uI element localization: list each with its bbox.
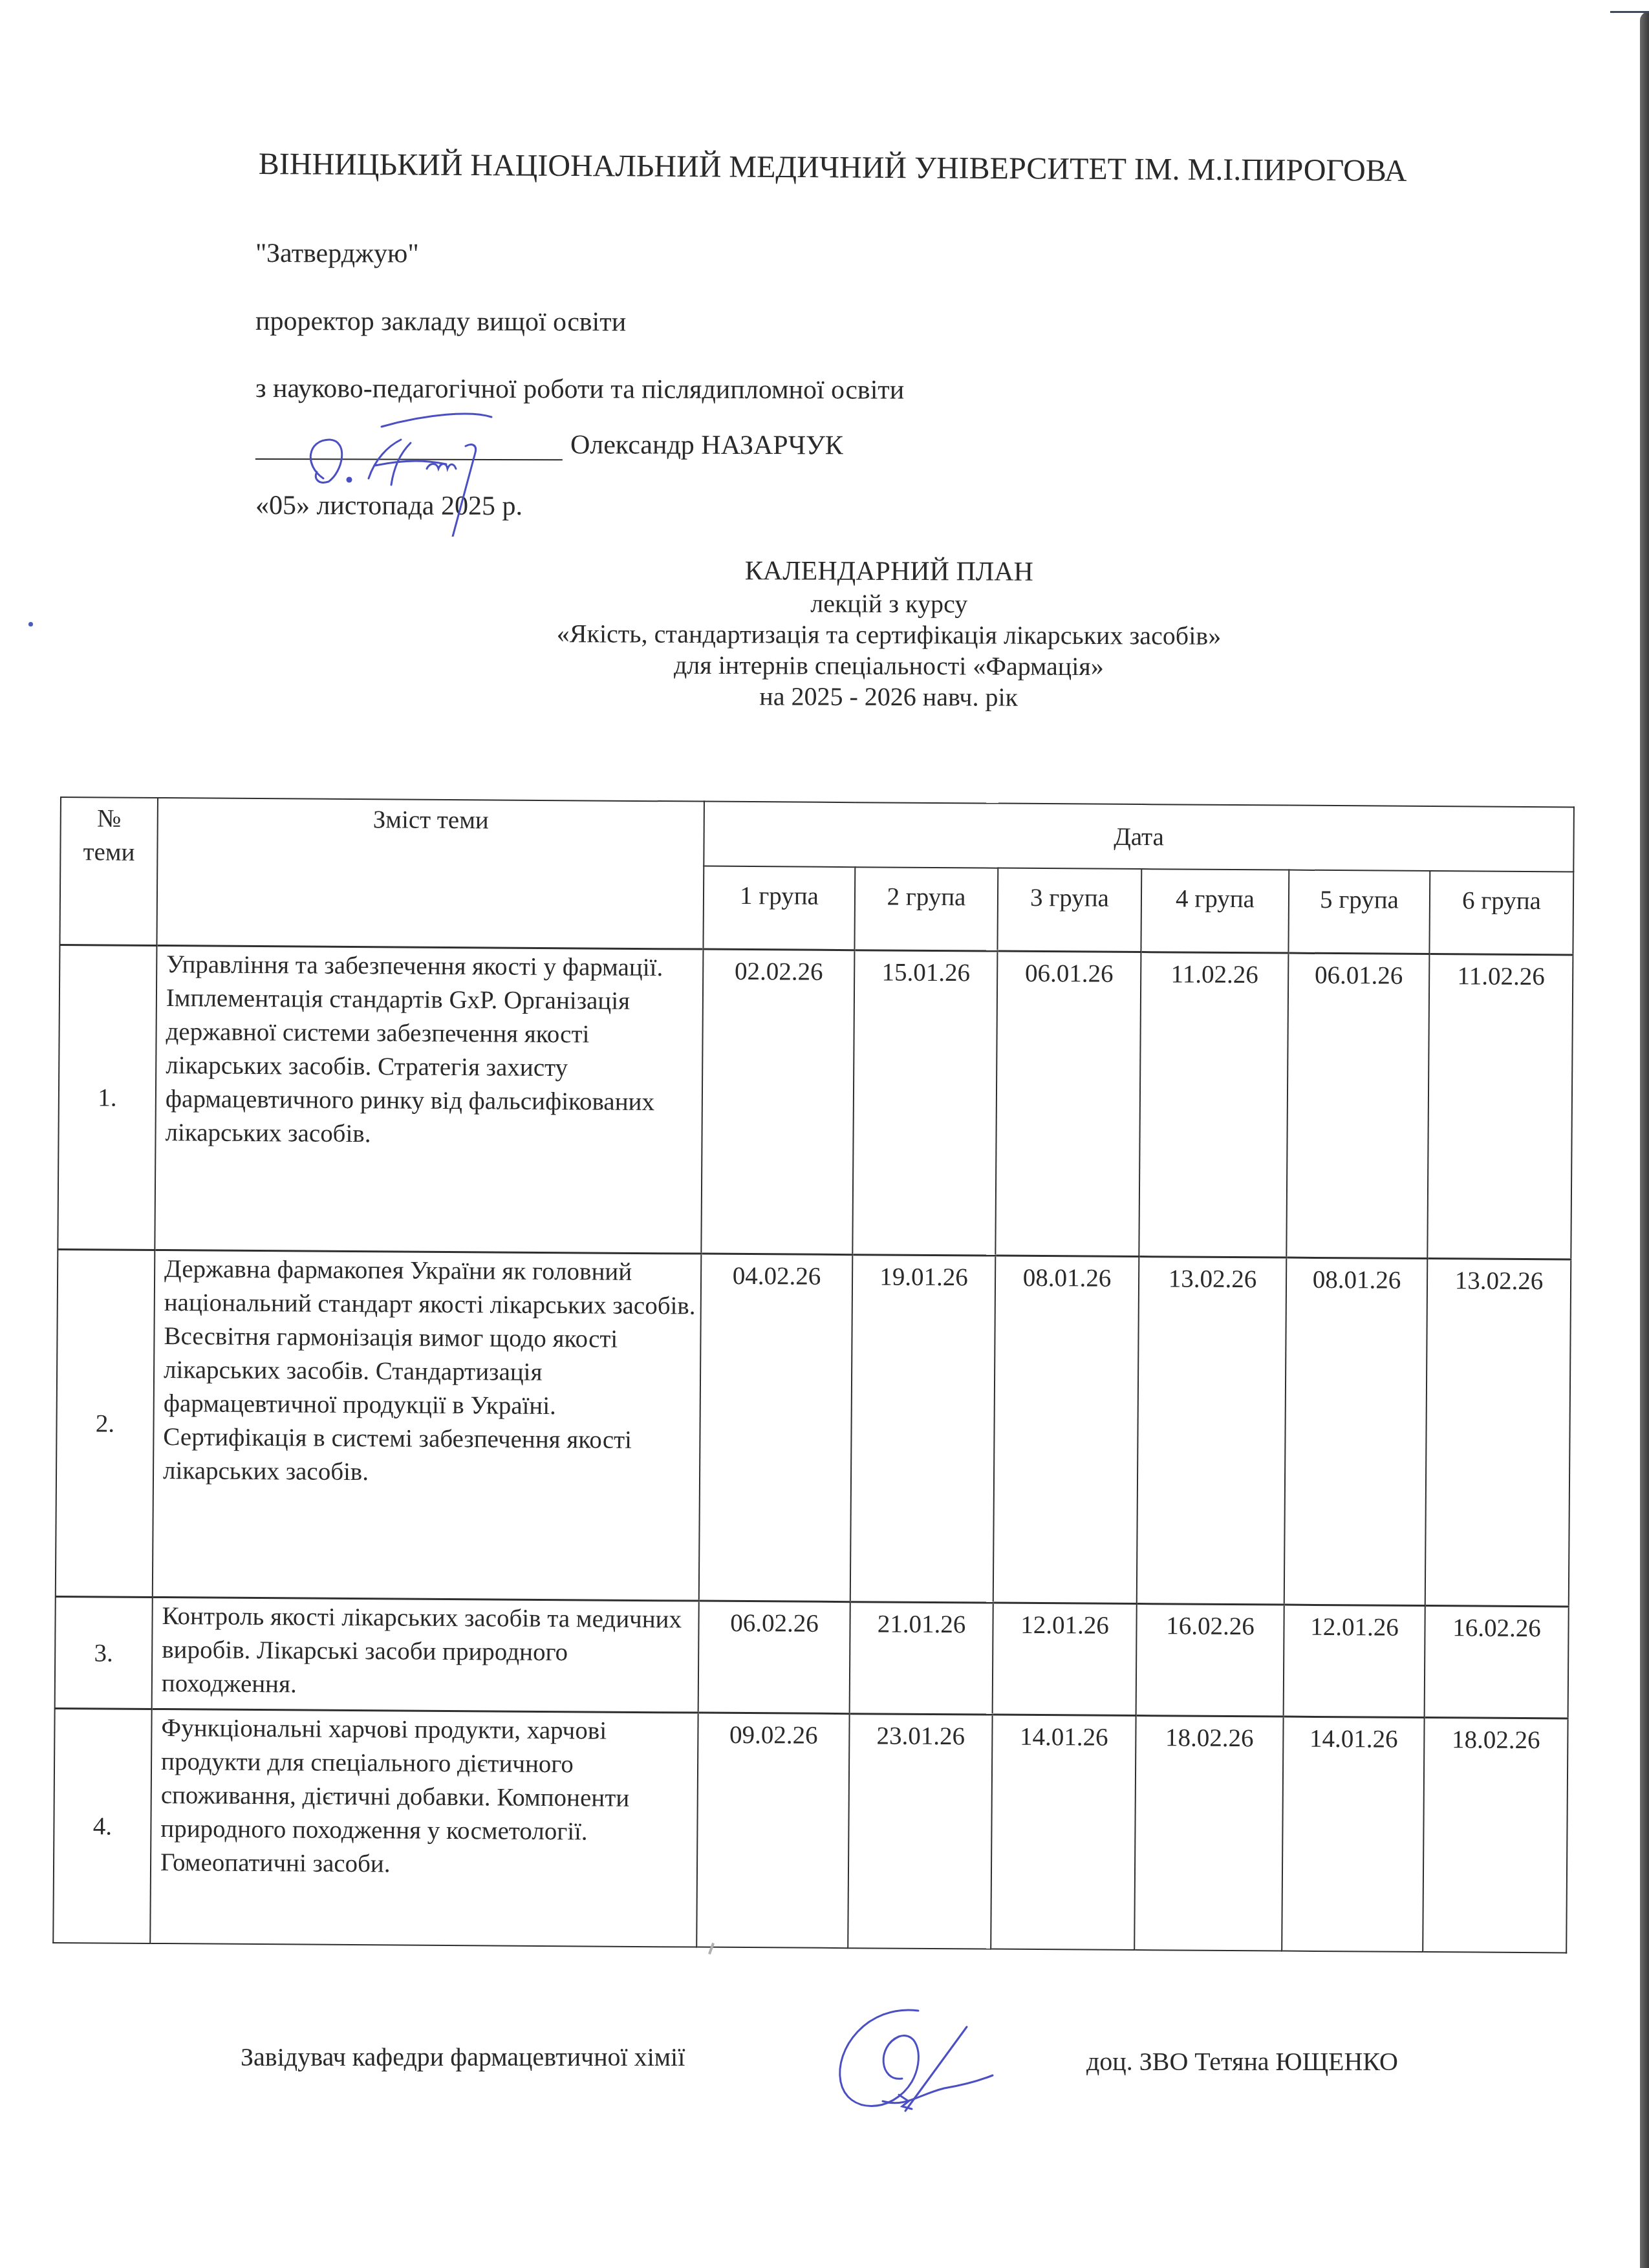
topic-content: Контроль якості лікарських засобів та ме… [152,1597,699,1713]
table-row: 3. Контроль якості лікарських засобів та… [55,1596,1569,1718]
approver-position-line1: проректор закладу вищої освіти [255,306,626,338]
head-of-department-position: Завідувач кафедри фармацевтичної хімії [241,2042,685,2072]
column-header-date: Дата [704,802,1574,872]
approver-name: Олександр НАЗАРЧУК [570,430,843,460]
date-group-1: 06.02.26 [698,1601,850,1714]
date-group-6: 11.02.26 [1427,954,1573,1259]
date-group-4: 16.02.26 [1136,1604,1284,1717]
date-group-4: 11.02.26 [1139,952,1288,1258]
date-group-4: 13.02.26 [1137,1257,1287,1605]
column-header-topic-number-line1: № [61,802,157,836]
date-group-3: 14.01.26 [991,1715,1136,1950]
date-group-2: 21.01.26 [850,1602,993,1715]
academic-year: на 2025 - 2026 навч. рік [452,680,1325,714]
table-row: 4. Функціональні харчові продукти, харчо… [53,1708,1568,1952]
audience: для інтернів спеціальності «Фармація» [452,649,1325,683]
scanner-edge [1640,12,1649,2268]
topic-content: Управління та забезпечення якості у фарм… [155,945,703,1254]
head-of-department-signature-icon [821,1998,1048,2121]
date-group-6: 18.02.26 [1423,1718,1568,1953]
topic-number: 3. [55,1596,153,1709]
date-group-5: 14.01.26 [1282,1717,1424,1952]
date-group-2: 15.01.26 [852,950,997,1256]
topic-content: Державна фармакопея України як головний … [153,1250,702,1601]
scanner-edge-top [1610,11,1649,13]
document-title: КАЛЕНДАРНИЙ ПЛАН [453,553,1326,590]
date-group-3: 12.01.26 [993,1603,1137,1715]
column-header-group-3: 3 група [997,868,1141,952]
approver-position-line2: з науково-педагогічної роботи та післяди… [255,373,904,406]
topic-number: 2. [56,1249,155,1597]
column-header-topic-number-line2: теми [61,835,156,870]
date-group-6: 16.02.26 [1425,1606,1569,1718]
scan-speck [28,622,33,626]
column-header-group-5: 5 група [1288,870,1430,954]
approval-date: «05» листопада 2025 р. [255,490,523,522]
date-group-1: 09.02.26 [696,1713,849,1948]
head-of-department-name: доц. ЗВО Тетяна ЮЩЕНКО [1086,2046,1398,2077]
column-header-group-6: 6 група [1429,871,1573,955]
topic-content: Функціональні харчові продукти, харчові … [150,1709,698,1947]
date-group-3: 08.01.26 [993,1256,1139,1603]
topic-number: 1. [58,945,156,1250]
column-header-group-4: 4 група [1141,869,1289,953]
date-group-6: 13.02.26 [1425,1259,1571,1607]
column-header-topic-content: Зміст теми [156,798,704,949]
date-group-5: 06.01.26 [1286,953,1429,1258]
date-group-5: 12.01.26 [1284,1605,1425,1717]
approve-word: "Затверджую" [255,238,419,270]
date-group-1: 02.02.26 [701,949,854,1255]
university-name: ВІННИЦЬКИЙ НАЦІОНАЛЬНИЙ МЕДИЧНИЙ УНІВЕРС… [259,146,1487,189]
document-subtitle: лекцій з курсу [453,587,1326,621]
column-header-topic-number: № теми [59,797,158,945]
column-header-group-1: 1 група [703,866,855,950]
table-row: 2. Державна фармакопея України як головн… [56,1249,1571,1607]
date-group-1: 04.02.26 [699,1254,853,1602]
date-group-5: 08.01.26 [1284,1257,1428,1605]
course-name: «Якість, стандартизація та сертифікація … [452,618,1325,652]
document-title-block: КАЛЕНДАРНИЙ ПЛАН лекцій з курсу «Якість,… [452,553,1326,714]
document-page: ВІННИЦЬКИЙ НАЦІОНАЛЬНИЙ МЕДИЧНИЙ УНІВЕРС… [0,0,1649,2268]
topic-number: 4. [53,1708,151,1943]
date-group-3: 06.01.26 [995,951,1141,1256]
column-header-group-2: 2 група [854,867,998,951]
approver-signature-row: Олександр НАЗАРЧУК [255,429,843,461]
date-group-4: 18.02.26 [1134,1716,1283,1951]
date-group-2: 23.01.26 [848,1714,992,1949]
signature-line [255,430,563,460]
date-group-2: 19.01.26 [850,1255,996,1603]
table-row: 1. Управління та забезпечення якості у ф… [58,945,1573,1260]
lecture-schedule-table: № теми Зміст теми Дата 1 група 2 група 3… [52,797,1575,1953]
